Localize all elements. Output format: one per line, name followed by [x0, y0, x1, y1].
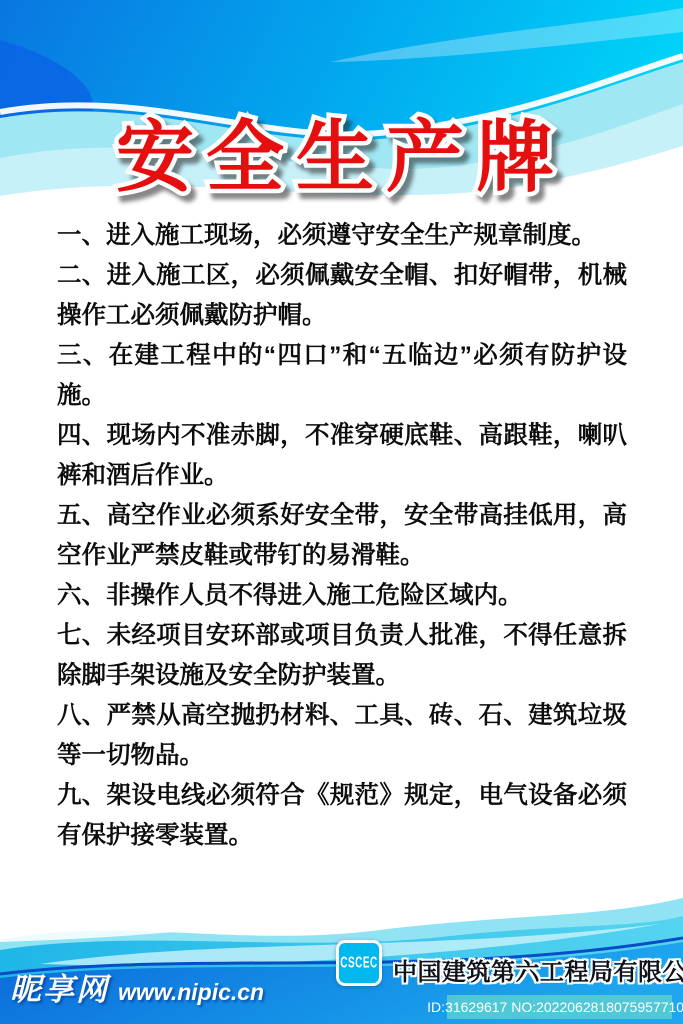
poster-title-block: 安全生产牌 — [0, 96, 683, 216]
rule-item: 二、进入施工区，必须佩戴安全帽、扣好帽带，机械操作工必须佩戴防护帽。 — [57, 256, 627, 336]
rule-item: 四、现场内不准赤脚，不准穿硬底鞋、高跟鞋，喇叭裤和酒后作业。 — [57, 416, 627, 496]
rule-item: 九、架设电线必须符合《规范》规定，电气设备必须有保护接零装置。 — [57, 776, 627, 856]
cscec-logo-text: CSCEC — [340, 954, 378, 972]
rules-list: 一、进入施工现场，必须遵守安全生产规章制度。二、进入施工区，必须佩戴安全帽、扣好… — [57, 216, 627, 856]
stock-id-badge: ID:31629617 NO:20220628180759577107 — [447, 995, 672, 1019]
page-title: 安全生产牌 — [116, 113, 566, 201]
rule-item: 八、严禁从高空抛扔材料、工具、砖、石、建筑垃圾等一切物品。 — [57, 696, 627, 776]
cscec-logo-icon: CSCEC — [336, 940, 382, 986]
rule-item: 五、高空作业必须系好安全带，安全带高挂低用，高空作业严禁皮鞋或带钉的易滑鞋。 — [57, 496, 627, 576]
rule-item: 三、在建工程中的“四口”和“五临边”必须有防护设施。 — [57, 336, 627, 416]
company-name: 中国建筑第六工程局有限公司 — [393, 952, 683, 987]
rule-item: 一、进入施工现场，必须遵守安全生产规章制度。 — [57, 216, 627, 256]
rule-item: 七、未经项目安环部或项目负责人批准，不得任意拆除脚手架设施及安全防护装置。 — [57, 616, 627, 696]
watermark-site-name: 昵享网 — [10, 964, 109, 1009]
safety-production-poster: 安全生产牌 一、进入施工现场，必须遵守安全生产规章制度。二、进入施工区，必须佩戴… — [0, 0, 683, 1024]
rule-item: 六、非操作人员不得进入施工危险区域内。 — [57, 576, 627, 616]
watermark-site-url: www.nipic.cn — [118, 979, 264, 1006]
watermark: 昵享网 www.nipic.cn — [10, 964, 264, 1009]
